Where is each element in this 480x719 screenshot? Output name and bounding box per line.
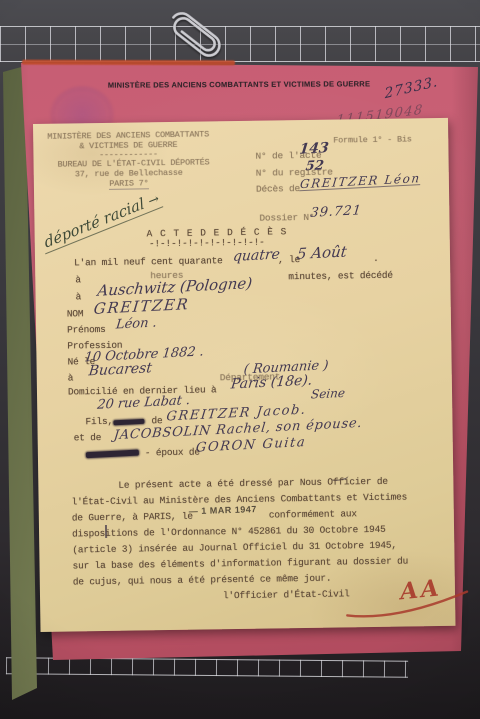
fils-label: Fils, bbox=[85, 416, 113, 427]
birth-at-label: à bbox=[68, 372, 74, 383]
minutes-label: minutes, est décédé bbox=[288, 270, 393, 283]
ministry-printed-header: MINISTÈRE DES ANCIENS COMBATTANTS ET VIC… bbox=[103, 79, 375, 89]
at-hour-label: à bbox=[75, 274, 81, 285]
de-label: de bbox=[151, 415, 162, 426]
registre-number-value: 52 bbox=[305, 159, 324, 173]
year-handwritten: quatre bbox=[232, 247, 280, 263]
closing-line5: (article 3) insérée au Journal Officiel … bbox=[72, 540, 397, 556]
photo-of-death-certificate: MINISTÈRE DES ANCIENS COMBATTANTS ET VIC… bbox=[0, 0, 480, 719]
dossier-label: Dossier N° bbox=[259, 212, 314, 224]
letterhead-city: PARIS 7° bbox=[39, 177, 219, 190]
struck-out-celibataire bbox=[86, 450, 139, 459]
annotation-arrow: → bbox=[147, 191, 161, 210]
acte-number-value: 143 bbox=[299, 141, 330, 157]
closing-line3a: de Guerre, à PARIS, le bbox=[72, 511, 193, 524]
deporte-racial-annotation: déporté racial → bbox=[41, 188, 163, 255]
deces-de-label: Décès de bbox=[256, 183, 300, 195]
birth-city-value: Bucarest bbox=[88, 361, 153, 378]
closing-line1: Le présent acte a été dressé par Nous Of… bbox=[118, 476, 388, 491]
closing-line7: de cujus, qui nous a été présenté ce mêm… bbox=[73, 573, 332, 588]
epoux-label: - époux de bbox=[145, 447, 200, 459]
death-certificate-sheet: MINISTÈRE DES ANCIENS COMBATTANTS & VICT… bbox=[33, 118, 455, 632]
cutting-mat-grid-bottom bbox=[6, 657, 408, 678]
nom-label: NOM bbox=[67, 308, 84, 319]
dossier-value: 39.721 bbox=[310, 204, 363, 220]
prenoms-label: Prénoms bbox=[67, 324, 106, 336]
closing-line4: dispositions de l'Ordonnance N° 452861 d… bbox=[72, 524, 386, 540]
date-handwritten: 5 Août bbox=[296, 244, 347, 262]
letterhead-city-text: PARIS 7° bbox=[109, 178, 148, 190]
domicile-dept-value: Seine bbox=[310, 387, 345, 401]
closing-line6: sur la base des éléments d'information f… bbox=[72, 555, 408, 571]
prenoms-value: Léon . bbox=[115, 316, 157, 331]
at-place-label: à bbox=[75, 291, 81, 302]
initials-underline-flourish bbox=[345, 586, 470, 620]
year-typed: L'an mil neuf cent quarante bbox=[74, 255, 223, 268]
domicile-value: Paris (18e). bbox=[230, 373, 313, 391]
spouse-value: GORON Guita bbox=[195, 436, 307, 455]
sheet-top-edge-highlight bbox=[22, 60, 235, 66]
annotation-text: déporté racial bbox=[42, 194, 146, 251]
formule-label: Formule 1° - Bis bbox=[333, 134, 412, 145]
date-stamp: — 1 MAR 1947 bbox=[189, 504, 257, 516]
closing-line3b: conformément aux bbox=[269, 508, 357, 520]
etde-label: et de bbox=[74, 432, 102, 443]
officer-signature-label: l'Officier d'État-Civil bbox=[223, 588, 350, 601]
cutting-mat-grid-top bbox=[0, 26, 480, 62]
nom-value: GREITZER bbox=[93, 297, 190, 317]
date-dot: . bbox=[373, 253, 379, 264]
struck-out-word bbox=[113, 419, 144, 426]
